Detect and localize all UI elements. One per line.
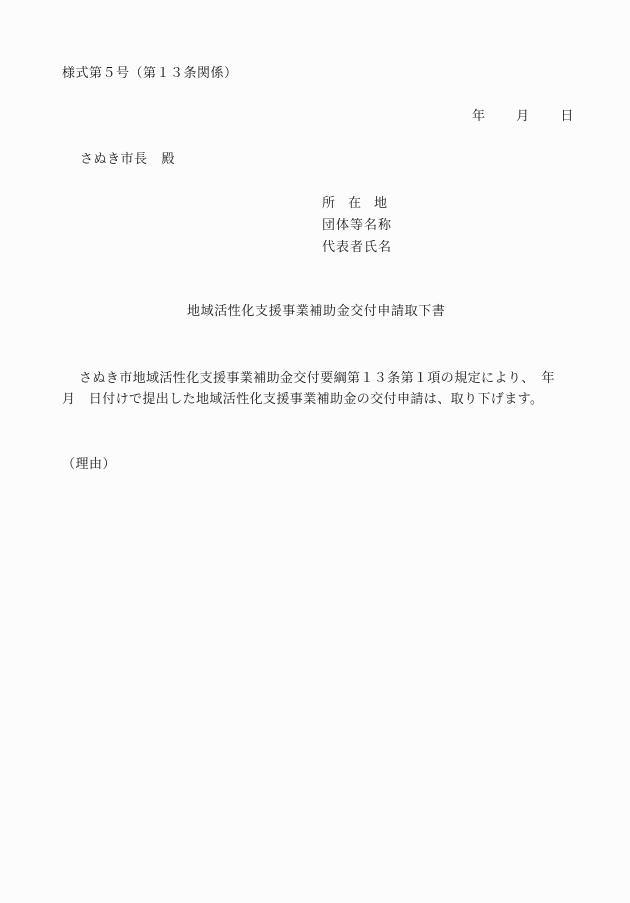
- addressee-honorific: 殿: [162, 152, 176, 167]
- reason-label: （理由）: [62, 457, 116, 473]
- body-paragraph: さぬき市地域活性化支援事業補助金交付要綱第１３条第１項の規定により、 年 月 日…: [62, 368, 582, 410]
- addressee-name: さぬき市長: [80, 152, 148, 167]
- form-number: 様式第５号（第１３条関係）: [62, 66, 238, 82]
- body-line-2: 月 日付けで提出した地域活性化支援事業補助金の交付申請は、取り下げます。: [62, 389, 582, 410]
- document-title: 地域活性化支援事業補助金交付申請取下書: [187, 304, 445, 320]
- applicant-address-label: 所在地: [322, 196, 400, 212]
- addressee: さぬき市長殿: [80, 152, 175, 168]
- year-label: 年: [472, 109, 486, 124]
- applicant-organization-label: 団体等名称: [322, 218, 392, 234]
- applicant-representative-label: 代表者氏名: [322, 240, 392, 256]
- body-line-1: さぬき市地域活性化支援事業補助金交付要綱第１３条第１項の規定により、 年: [62, 368, 582, 389]
- date-line: 年 月 日: [472, 109, 588, 125]
- month-label: 月: [516, 109, 530, 124]
- day-label: 日: [560, 109, 574, 124]
